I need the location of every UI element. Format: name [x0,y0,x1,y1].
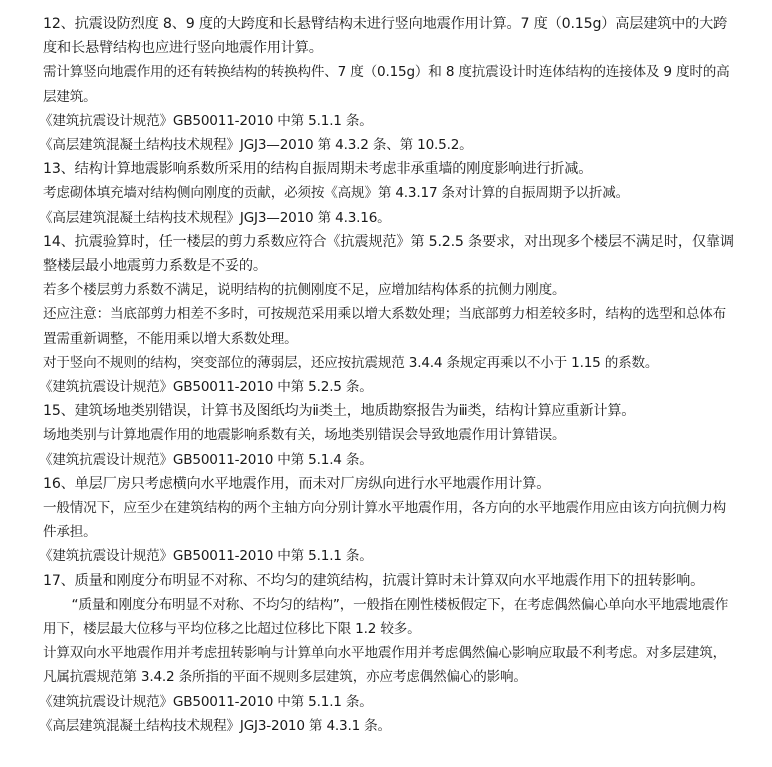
item-13-heading: 13、结构计算地震影响系数所采用的结构自振周期未考虑非承重墙的刚度影响进行折减。 [43,157,738,181]
item-14-heading: 14、抗震验算时，任一楼层的剪力系数应符合《抗震规范》第 5.2.5 条要求，对… [43,230,738,278]
item-17-definition: “质量和刚度分布明显不对称、不均匀的结构”，一般指在刚性楼板假定下，在考虑偶然偏… [43,593,738,641]
item-17-heading: 17、质量和刚度分布明显不对称、不均匀的建筑结构，抗震计算时未计算双向水平地震作… [43,569,738,593]
item-14-note-2: 还应注意：当底部剪力相差不多时，可按规范采用乘以增大系数处理；当底部剪力相差较多… [43,302,738,350]
item-13-note: 考虑砌体填充墙对结构侧向刚度的贡献，必须按《高规》第 4.3.17 条对计算的自… [43,181,738,205]
item-15-ref-gb50011: 《建筑抗震设计规范》GB50011-2010 中第 5.1.4 条。 [39,448,738,472]
item-15-note: 场地类别与计算地震作用的地震影响系数有关，场地类别错误会导致地震作用计算错误。 [43,423,738,447]
item-12-heading: 12、抗震设防烈度 8、9 度的大跨度和长悬臂结构未进行竖向地震作用计算。7 度… [43,12,738,60]
item-17-ref-gb50011: 《建筑抗震设计规范》GB50011-2010 中第 5.1.1 条。 [39,690,738,714]
item-12-ref-jgj3: 《高层建筑混凝土结构技术规程》JGJ3—2010 第 4.3.2 条、第 10.… [39,133,738,157]
item-15-heading: 15、建筑场地类别错误，计算书及图纸均为ⅱ类土，地质勘察报告为ⅲ类，结构计算应重… [43,399,738,423]
item-16-heading: 16、单层厂房只考虑横向水平地震作用，而未对厂房纵向进行水平地震作用计算。 [43,472,738,496]
item-13-ref-jgj3: 《高层建筑混凝土结构技术规程》JGJ3—2010 第 4.3.16。 [39,206,738,230]
item-16-ref-gb50011: 《建筑抗震设计规范》GB50011-2010 中第 5.1.1 条。 [39,544,738,568]
item-14-ref-gb50011: 《建筑抗震设计规范》GB50011-2010 中第 5.2.5 条。 [39,375,738,399]
item-14-note-1: 若多个楼层剪力系数不满足，说明结构的抗侧刚度不足，应增加结构体系的抗侧力刚度。 [43,278,738,302]
item-17-ref-jgj3: 《高层建筑混凝土结构技术规程》JGJ3-2010 第 4.3.1 条。 [39,714,738,738]
item-14-note-3: 对于竖向不规则的结构，突变部位的薄弱层，还应按抗震规范 3.4.4 条规定再乘以… [43,351,738,375]
document-body: 12、抗震设防烈度 8、9 度的大跨度和长悬臂结构未进行竖向地震作用计算。7 度… [43,12,738,738]
item-16-note: 一般情况下，应至少在建筑结构的两个主轴方向分别计算水平地震作用，各方向的水平地震… [43,496,738,544]
item-12-ref-gb50011: 《建筑抗震设计规范》GB50011-2010 中第 5.1.1 条。 [39,109,738,133]
item-12-note: 需计算竖向地震作用的还有转换结构的转换构件、7 度（0.15g）和 8 度抗震设… [43,60,738,108]
item-17-note: 计算双向水平地震作用并考虑扭转影响与计算单向水平地震作用并考虑偶然偏心影响应取最… [43,641,738,689]
